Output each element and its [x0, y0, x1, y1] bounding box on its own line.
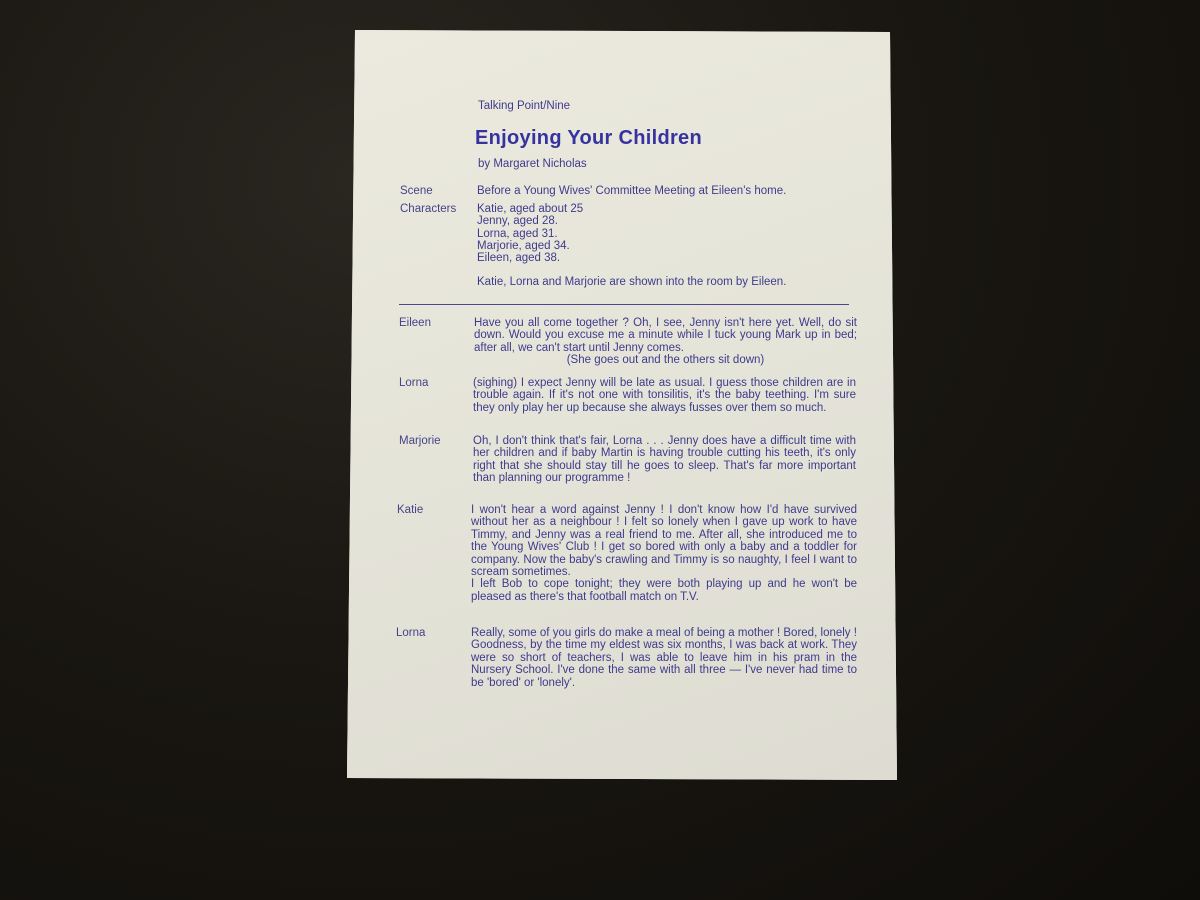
character-list: Katie, aged about 25 Jenny, aged 28. Lor… [477, 203, 583, 264]
dialogue-lines: (sighing) I expect Jenny will be late as… [473, 377, 856, 414]
characters-label: Characters [400, 203, 456, 215]
printed-leaflet: Talking Point/Nine Enjoying Your Childre… [347, 28, 898, 781]
character-entry: Jenny, aged 28. [477, 215, 583, 227]
dialogue-lines: I won't hear a word against Jenny ! I do… [471, 504, 857, 603]
character-entry: Marjorie, aged 34. [477, 240, 583, 252]
character-entry: Lorna, aged 31. [477, 228, 583, 240]
stage-direction: (She goes out and the others sit down) [474, 354, 857, 366]
speech-text: Have you all come together ? Oh, I see, … [474, 317, 857, 354]
series-label: Talking Point/Nine [478, 100, 570, 112]
document-title: Enjoying Your Children [475, 127, 702, 150]
author-byline: by Margaret Nicholas [478, 158, 587, 170]
section-divider [399, 304, 849, 305]
character-entry: Eileen, aged 38. [477, 252, 583, 264]
entrance-note: Katie, Lorna and Marjorie are shown into… [477, 276, 786, 288]
dialogue-lines: Oh, I don't think that's fair, Lorna . .… [473, 435, 856, 485]
speech-text: I won't hear a word against Jenny ! I do… [471, 504, 857, 578]
speaker-name: Katie [397, 504, 423, 516]
speech-text-continued: I left Bob to cope tonight; they were bo… [471, 578, 857, 603]
scene-label: Scene [400, 185, 433, 197]
scene-text: Before a Young Wives' Committee Meeting … [477, 185, 786, 197]
dialogue-lines: Have you all come together ? Oh, I see, … [474, 317, 857, 367]
speaker-name: Lorna [399, 377, 428, 389]
speaker-name: Marjorie [399, 435, 441, 447]
dialogue-lines: Really, some of you girls do make a meal… [471, 627, 857, 689]
character-entry: Katie, aged about 25 [477, 203, 583, 215]
speaker-name: Lorna [396, 627, 425, 639]
speaker-name: Eileen [399, 317, 431, 329]
